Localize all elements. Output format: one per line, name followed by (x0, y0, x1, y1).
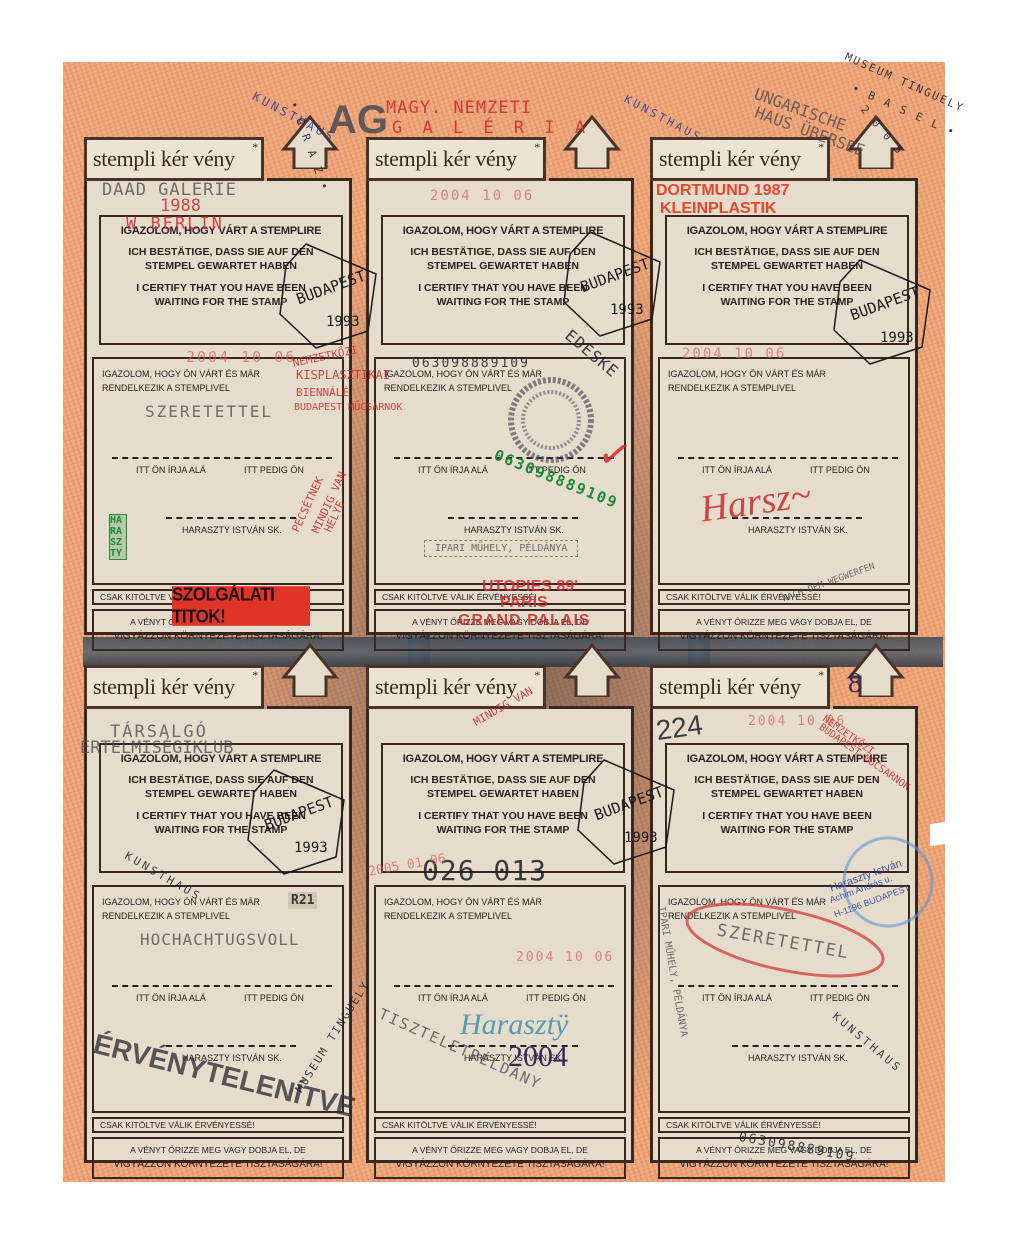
certify-german-2: STEMPEL GEWARTET HABEN (667, 787, 907, 801)
confirm-line-2: RENDELKEZIK A STEMPLIVEL (384, 381, 616, 395)
form-header: stempli kér vény * (650, 665, 830, 709)
keep-note-2: VIGYÁZZON KÖRNYEZETE TISZTASÁGÁRA! (376, 1157, 624, 1173)
confirm-line-1: IGAZOLOM, HOGY ÖN VÁRT ÉS MÁR (102, 895, 334, 909)
certify-english-1: I CERTIFY THAT YOU HAVE BEEN (101, 809, 341, 823)
sign-here-label: ITT ÖN ÍRJA ALÁ (136, 993, 206, 1003)
validity-note: CSAK KITÖLTVE VÁLIK ÉRVÉNYESSÉ! (658, 589, 910, 605)
form-header: stempli kér vény * (84, 665, 264, 709)
certify-box: IGAZOLOM, HOGY VÁRT A STEMPLIRE ICH BEST… (99, 743, 343, 873)
sign-here-label: ITT ÖN ÍRJA ALÁ (418, 465, 488, 475)
certify-english-2: WAITING FOR THE STAMP (667, 823, 907, 837)
certify-english-1: I CERTIFY THAT YOU HAVE BEEN (383, 281, 623, 295)
paper-tear (930, 820, 960, 846)
signatory-line (448, 517, 578, 519)
sign-there-label: ITT PEDIG ÖN (244, 465, 304, 475)
certify-hungarian: IGAZOLOM, HOGY VÁRT A STEMPLIRE (101, 225, 341, 237)
certify-german-2: STEMPEL GEWARTET HABEN (383, 787, 623, 801)
sign-there-label: ITT PEDIG ÖN (810, 993, 870, 1003)
stamp-request-form: stempli kér vény * IGAZOLOM, HOGY VÁRT A… (366, 665, 634, 1163)
confirmation-box: IGAZOLOM, HOGY ÖN VÁRT ÉS MÁR RENDELKEZI… (658, 357, 910, 585)
form-body: IGAZOLOM, HOGY VÁRT A STEMPLIRE ICH BEST… (366, 181, 634, 635)
keep-note-2: VIGYÁZZON KÖRNYEZETE TISZTASÁGÁRA! (94, 1157, 342, 1173)
signature-line (112, 457, 332, 459)
signatory-line (732, 517, 862, 519)
certify-german-1: ICH BESTÄTIGE, DASS SIE AUF DEN (383, 773, 623, 787)
form-title: stempli kér vény (375, 674, 517, 700)
signatory-line (448, 1045, 578, 1047)
signature-line (394, 457, 614, 459)
confirmation-box: IGAZOLOM, HOGY ÖN VÁRT ÉS MÁR RENDELKEZI… (374, 357, 626, 585)
asterisk: * (818, 140, 824, 155)
asterisk: * (534, 140, 540, 155)
certify-box: IGAZOLOM, HOGY VÁRT A STEMPLIRE ICH BEST… (99, 215, 343, 345)
signatory-name: HARASZTY ISTVÁN SK. (182, 525, 282, 535)
certify-box: IGAZOLOM, HOGY VÁRT A STEMPLIRE ICH BEST… (665, 215, 909, 345)
form-body: IGAZOLOM, HOGY VÁRT A STEMPLIRE ICH BEST… (366, 709, 634, 1163)
sign-there-label: ITT PEDIG ÖN (244, 993, 304, 1003)
sign-there-label: ITT PEDIG ÖN (526, 465, 586, 475)
confirm-line-2: RENDELKEZIK A STEMPLIVEL (102, 381, 334, 395)
certify-german-1: ICH BESTÄTIGE, DASS SIE AUF DEN (101, 245, 341, 259)
certify-english-2: WAITING FOR THE STAMP (101, 295, 341, 309)
certify-hungarian: IGAZOLOM, HOGY VÁRT A STEMPLIRE (101, 753, 341, 765)
arrow-up-icon (846, 637, 906, 697)
form-body: IGAZOLOM, HOGY VÁRT A STEMPLIRE ICH BEST… (84, 181, 352, 635)
keep-note-2: VIGYÁZZON KÖRNYEZETE TISZTASÁGÁRA! (660, 1157, 908, 1173)
certify-german-1: ICH BESTÄTIGE, DASS SIE AUF DEN (101, 773, 341, 787)
certify-hungarian: IGAZOLOM, HOGY VÁRT A STEMPLIRE (667, 225, 907, 237)
certify-hungarian: IGAZOLOM, HOGY VÁRT A STEMPLIRE (667, 753, 907, 765)
arrow-up-icon (280, 637, 340, 697)
certify-hungarian: IGAZOLOM, HOGY VÁRT A STEMPLIRE (383, 753, 623, 765)
validity-note: CSAK KITÖLTVE VÁLIK ÉRVÉNYESSÉ! (374, 1117, 626, 1133)
keep-note-box: A VÉNYT ŐRIZZE MEG VAGY DOBJA EL, DE VIG… (92, 1137, 344, 1179)
form-title: stempli kér vény (93, 146, 235, 172)
certify-german-2: STEMPEL GEWARTET HABEN (101, 787, 341, 801)
form-title: stempli kér vény (93, 674, 235, 700)
certify-box: IGAZOLOM, HOGY VÁRT A STEMPLIRE ICH BEST… (381, 215, 625, 345)
confirm-line-2: RENDELKEZIK A STEMPLIVEL (668, 909, 900, 923)
confirm-line-1: IGAZOLOM, HOGY ÖN VÁRT ÉS MÁR (384, 367, 616, 381)
signatory-name: HARASZTY ISTVÁN SK. (464, 1053, 564, 1063)
form-header: stempli kér vény * (366, 137, 546, 181)
asterisk: * (534, 668, 540, 683)
certify-english-2: WAITING FOR THE STAMP (383, 823, 623, 837)
confirm-line-1: IGAZOLOM, HOGY ÖN VÁRT ÉS MÁR (384, 895, 616, 909)
keep-note-1: A VÉNYT ŐRIZZE MEG VAGY DOBJA EL, DE (660, 1143, 908, 1157)
form-body: IGAZOLOM, HOGY VÁRT A STEMPLIRE ICH BEST… (84, 709, 352, 1163)
signatory-line (166, 517, 296, 519)
signatory-name: HARASZTY ISTVÁN SK. (464, 525, 564, 535)
certify-german-1: ICH BESTÄTIGE, DASS SIE AUF DEN (383, 245, 623, 259)
validity-note: CSAK KITÖLTVE VÁLIK ÉRVÉNYESSÉ! (92, 1117, 344, 1133)
asterisk: * (818, 668, 824, 683)
certify-english-2: WAITING FOR THE STAMP (667, 295, 907, 309)
arrow-up-icon (562, 109, 622, 169)
stamp-request-form: stempli kér vény * IGAZOLOM, HOGY VÁRT A… (650, 137, 918, 635)
keep-note-box: A VÉNYT ŐRIZZE MEG VAGY DOBJA EL, DE VIG… (374, 1137, 626, 1179)
keep-note-1: A VÉNYT ŐRIZZE MEG VAGY DOBJA EL, DE (376, 1143, 624, 1157)
certify-box: IGAZOLOM, HOGY VÁRT A STEMPLIRE ICH BEST… (665, 743, 909, 873)
keep-note-box: A VÉNYT ŐRIZZE MEG VAGY DOBJA EL, DE VIG… (658, 1137, 910, 1179)
signatory-line (732, 1045, 862, 1047)
keep-note-1: A VÉNYT ŐRIZZE MEG VAGY DOBJA EL, DE (94, 1143, 342, 1157)
confirmation-box: IGAZOLOM, HOGY ÖN VÁRT ÉS MÁR RENDELKEZI… (658, 885, 910, 1113)
confirmation-box: IGAZOLOM, HOGY ÖN VÁRT ÉS MÁR RENDELKEZI… (374, 885, 626, 1113)
sign-here-label: ITT ÖN ÍRJA ALÁ (702, 465, 772, 475)
signature-line (678, 985, 898, 987)
sign-here-label: ITT ÖN ÍRJA ALÁ (418, 993, 488, 1003)
signatory-name: HARASZTY ISTVÁN SK. (748, 1053, 848, 1063)
confirm-line-1: IGAZOLOM, HOGY ÖN VÁRT ÉS MÁR (668, 367, 900, 381)
sign-here-label: ITT ÖN ÍRJA ALÁ (702, 993, 772, 1003)
certify-english-1: I CERTIFY THAT YOU HAVE BEEN (667, 809, 907, 823)
sign-there-label: ITT PEDIG ÖN (810, 465, 870, 475)
certify-english-1: I CERTIFY THAT YOU HAVE BEEN (667, 281, 907, 295)
signatory-line (166, 1045, 296, 1047)
confirm-line-1: IGAZOLOM, HOGY ÖN VÁRT ÉS MÁR (668, 895, 900, 909)
confirm-line-2: RENDELKEZIK A STEMPLIVEL (384, 909, 616, 923)
form-header: stempli kér vény * (366, 665, 546, 709)
form-title: stempli kér vény (375, 146, 517, 172)
certify-box: IGAZOLOM, HOGY VÁRT A STEMPLIRE ICH BEST… (381, 743, 625, 873)
asterisk: * (252, 668, 258, 683)
stamp-request-form: stempli kér vény * IGAZOLOM, HOGY VÁRT A… (366, 137, 634, 635)
form-title: stempli kér vény (659, 674, 801, 700)
secret-label-text: SZOLGÁLATI TITOK! (172, 584, 310, 628)
certify-english-2: WAITING FOR THE STAMP (383, 295, 623, 309)
form-body: IGAZOLOM, HOGY VÁRT A STEMPLIRE ICH BEST… (650, 709, 918, 1163)
certify-english-2: WAITING FOR THE STAMP (101, 823, 341, 837)
certify-german-2: STEMPEL GEWARTET HABEN (383, 259, 623, 273)
certify-german-1: ICH BESTÄTIGE, DASS SIE AUF DEN (667, 245, 907, 259)
form-header: stempli kér vény * (650, 137, 830, 181)
signature-line (112, 985, 332, 987)
stamp-request-form: stempli kér vény * IGAZOLOM, HOGY VÁRT A… (650, 665, 918, 1163)
confirmation-box: IGAZOLOM, HOGY ÖN VÁRT ÉS MÁR RENDELKEZI… (92, 357, 344, 585)
arrow-up-icon (846, 109, 906, 169)
confirmation-box: IGAZOLOM, HOGY ÖN VÁRT ÉS MÁR RENDELKEZI… (92, 885, 344, 1113)
certify-english-1: I CERTIFY THAT YOU HAVE BEEN (383, 809, 623, 823)
stamp-request-form: stempli kér vény * IGAZOLOM, HOGY VÁRT A… (84, 137, 352, 635)
confirm-line-2: RENDELKEZIK A STEMPLIVEL (102, 909, 334, 923)
keep-note-1: A VÉNYT ŐRIZZE MEG VAGY DOBJA EL, DE (376, 615, 624, 629)
form-body: IGAZOLOM, HOGY VÁRT A STEMPLIRE ICH BEST… (650, 181, 918, 635)
validity-note: CSAK KITÖLTVE VÁLIK ÉRVÉNYESSÉ! (658, 1117, 910, 1133)
signatory-name: HARASZTY ISTVÁN SK. (182, 1053, 282, 1063)
sign-there-label: ITT PEDIG ÖN (526, 993, 586, 1003)
certify-german-2: STEMPEL GEWARTET HABEN (101, 259, 341, 273)
confirm-line-2: RENDELKEZIK A STEMPLIVEL (668, 381, 900, 395)
secret-label: SZOLGÁLATI TITOK! (172, 586, 310, 626)
arrow-up-icon (562, 637, 622, 697)
arrow-up-icon (280, 109, 340, 169)
certify-german-1: ICH BESTÄTIGE, DASS SIE AUF DEN (667, 773, 907, 787)
stamp-request-form: stempli kér vény * IGAZOLOM, HOGY VÁRT A… (84, 665, 352, 1163)
keep-note-1: A VÉNYT ŐRIZZE MEG VAGY DOBJA EL, DE (660, 615, 908, 629)
validity-note: CSAK KITÖLTVE VÁLIK ÉRVÉNYESSÉ! (374, 589, 626, 605)
confirm-line-1: IGAZOLOM, HOGY ÖN VÁRT ÉS MÁR (102, 367, 334, 381)
certify-german-2: STEMPEL GEWARTET HABEN (667, 259, 907, 273)
form-header: stempli kér vény * (84, 137, 264, 181)
signature-line (678, 457, 898, 459)
form-title: stempli kér vény (659, 146, 801, 172)
certify-hungarian: IGAZOLOM, HOGY VÁRT A STEMPLIRE (383, 225, 623, 237)
certify-english-1: I CERTIFY THAT YOU HAVE BEEN (101, 281, 341, 295)
signatory-name: HARASZTY ISTVÁN SK. (748, 525, 848, 535)
asterisk: * (252, 140, 258, 155)
signature-line (394, 985, 614, 987)
sign-here-label: ITT ÖN ÍRJA ALÁ (136, 465, 206, 475)
